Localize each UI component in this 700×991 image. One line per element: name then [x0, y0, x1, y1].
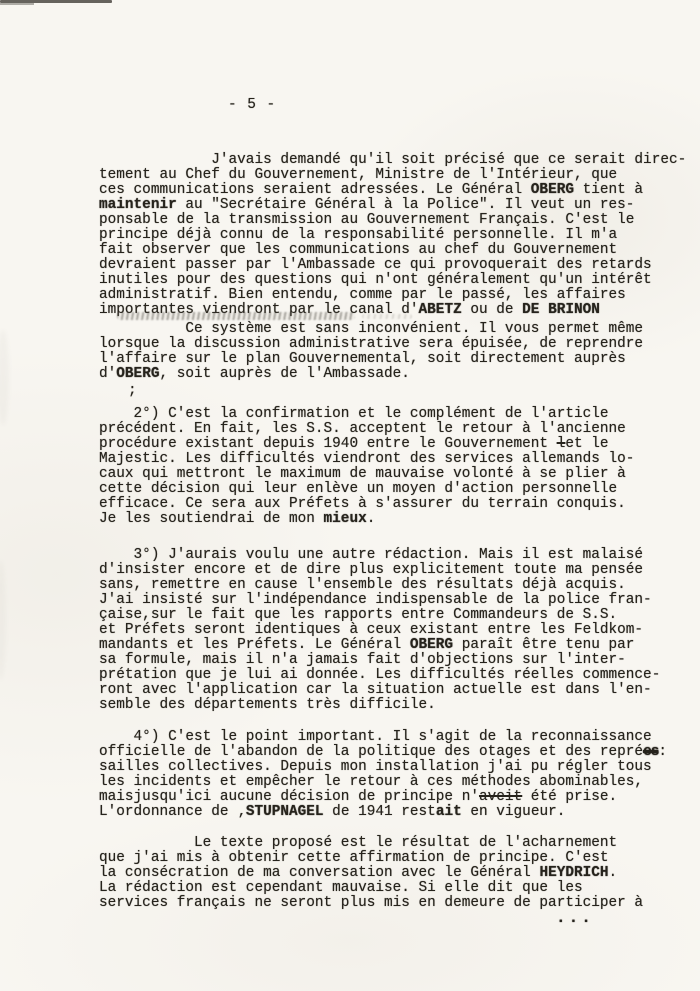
text-line: sans, remettre en cause l'ensemble des r… — [99, 578, 700, 593]
ink-smudge-strikeout-tail — [362, 314, 412, 319]
text-line: les incidents et empêcher le retour à ce… — [99, 775, 700, 790]
text-line: La rédaction est cependant mauvaise. Si … — [99, 881, 700, 896]
text-line: et Préfets seront identiques à ceux exis… — [99, 623, 700, 638]
text-line: que j'ai mis à obtenir cette affirmation… — [99, 851, 700, 866]
text-line: Ce système est sans inconvénient. Il vou… — [99, 322, 700, 337]
paragraph-1: J'avais demandé qu'il soit précisé que c… — [99, 153, 700, 318]
ink-smudge-strikeout — [117, 312, 355, 320]
continuation-ellipsis: ... — [556, 911, 594, 926]
text-line: la consécration de ma conversation avec … — [99, 866, 700, 881]
text-line: L'ordonnance de ‚STUPNAGEL de 1941 resta… — [99, 805, 700, 820]
paragraph-2: Ce système est sans inconvénient. Il vou… — [99, 322, 700, 382]
text-line: inutiles pour des questions qui n'ont gé… — [99, 273, 700, 288]
text-line: services français ne seront plus mis en … — [99, 896, 700, 911]
text-line: çaise,sur le fait que les rapports entre… — [99, 608, 700, 623]
text-line: Le texte proposé est le résultat de l'ac… — [99, 836, 700, 851]
document-body: J'avais demandé qu'il soit précisé que c… — [99, 153, 700, 911]
text-line: maintenir au "Secrétaire Général à la Po… — [99, 198, 700, 213]
text-line: procédure existant depuis 1940 entre le … — [99, 437, 700, 452]
text-line: 2°) C'est la confirmation et le compléme… — [99, 407, 700, 422]
text-line: ponsable de la transmission au Gouvernem… — [99, 213, 700, 228]
text-line: lorsque la discussion administrative ser… — [99, 337, 700, 352]
text-line: précédent. En fait, les S.S. acceptent l… — [99, 422, 700, 437]
stray-punctuation-mark: ; — [128, 384, 137, 399]
text-line: sailles collectives. Depuis mon installa… — [99, 760, 700, 775]
text-line: cette décision qui leur enlève un moyen … — [99, 482, 700, 497]
paragraph-4: 3°) J'aurais voulu une autre rédaction. … — [99, 548, 700, 713]
text-line: J'ai insisté sur l'indépendance indispen… — [99, 593, 700, 608]
text-line: 3°) J'aurais voulu une autre rédaction. … — [99, 548, 700, 563]
paragraph-5: 4°) C'est le point important. Il s'agit … — [99, 730, 700, 820]
paragraph-6: Le texte proposé est le résultat de l'ac… — [99, 836, 700, 911]
text-line: maisjusqu'ici aucune décision de princip… — [99, 790, 700, 805]
scanned-document-page: - 5 - J'avais demandé qu'il soit précisé… — [0, 0, 700, 991]
page-content: - 5 - J'avais demandé qu'il soit précisé… — [0, 0, 700, 911]
text-line: devraient passer par l'Ambassade ce qui … — [99, 258, 700, 273]
text-line: Je les soutiendrai de mon mieux. — [99, 512, 700, 527]
scan-artifact-top-edge-secondary — [0, 3, 34, 5]
text-line: d'insister encore et de dire plus explic… — [99, 563, 700, 578]
text-line: 4°) C'est le point important. Il s'agit … — [99, 730, 700, 745]
text-line: Majestic. Les difficultés viendront des … — [99, 452, 700, 467]
text-line: l'affaire sur le plan Gouvernemental, so… — [99, 352, 700, 367]
text-line: semble des départements très difficile. — [99, 698, 700, 713]
paragraph-3: 2°) C'est la confirmation et le compléme… — [99, 407, 700, 527]
text-line: ront avec l'application car la situation… — [99, 683, 700, 698]
text-line: mandants et les Préfets. Le Général OBER… — [99, 638, 700, 653]
page-number: - 5 - — [228, 98, 700, 113]
text-line: tement au Chef du Gouvernement, Ministre… — [99, 168, 700, 183]
text-line: efficace. Ce sera aux Préfets à s'assure… — [99, 497, 700, 512]
text-line: d'OBERG, soit auprès de l'Ambassade. — [99, 367, 700, 382]
text-line: prétation que je lui ai donnée. Les diff… — [99, 668, 700, 683]
text-line: principe déjà connu de la responsabilité… — [99, 228, 700, 243]
text-line: fait observer que les communications au … — [99, 243, 700, 258]
text-line: officielle de l'abandon de la politique … — [99, 745, 700, 760]
text-line: J'avais demandé qu'il soit précisé que c… — [99, 153, 700, 168]
text-line: caux qui mettront le maximum de mauvaise… — [99, 467, 700, 482]
text-line: sa formule, mais il n'a jamais fait d'ob… — [99, 653, 700, 668]
text-line: ces communications seraient adressées. L… — [99, 183, 700, 198]
text-line: administratif. Bien entendu, comme par l… — [99, 288, 700, 303]
